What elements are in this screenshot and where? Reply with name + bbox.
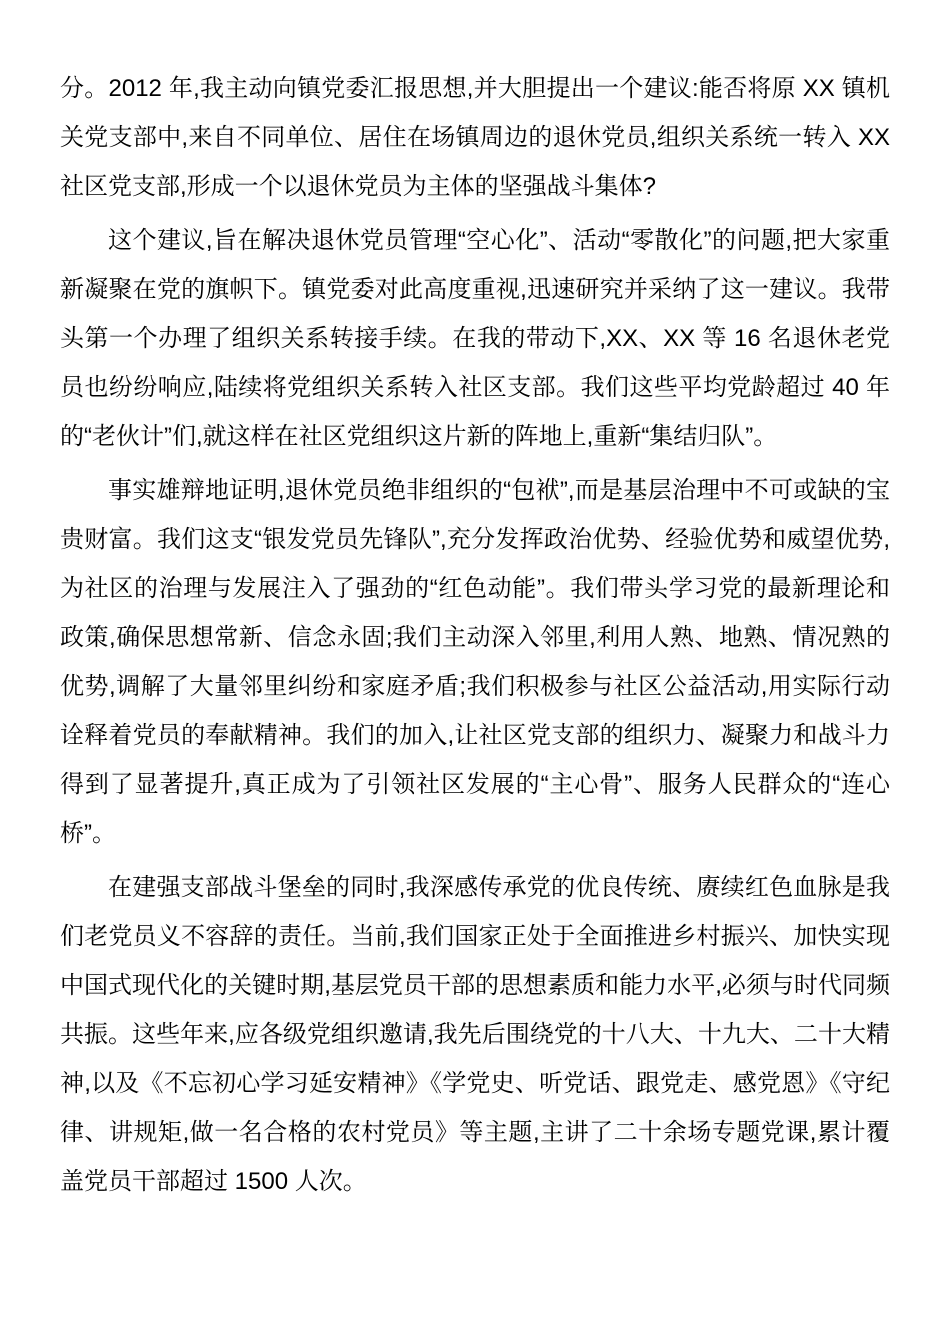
paragraph-continuation: 分。2012 年,我主动向镇党委汇报思想,并大胆提出一个建议:能否将原 XX 镇… xyxy=(60,64,890,211)
paragraph: 这个建议,旨在解决退休党员管理“空心化”、活动“零散化”的问题,把大家重新凝聚在… xyxy=(60,216,890,461)
paragraph: 事实雄辩地证明,退休党员绝非组织的“包袱”,而是基层治理中不可或缺的宝贵财富。我… xyxy=(60,466,890,858)
paragraph: 在建强支部战斗堡垒的同时,我深感传承党的优良传统、赓续红色血脉是我们老党员义不容… xyxy=(60,863,890,1206)
document-page: 分。2012 年,我主动向镇党委汇报思想,并大胆提出一个建议:能否将原 XX 镇… xyxy=(0,0,950,1344)
